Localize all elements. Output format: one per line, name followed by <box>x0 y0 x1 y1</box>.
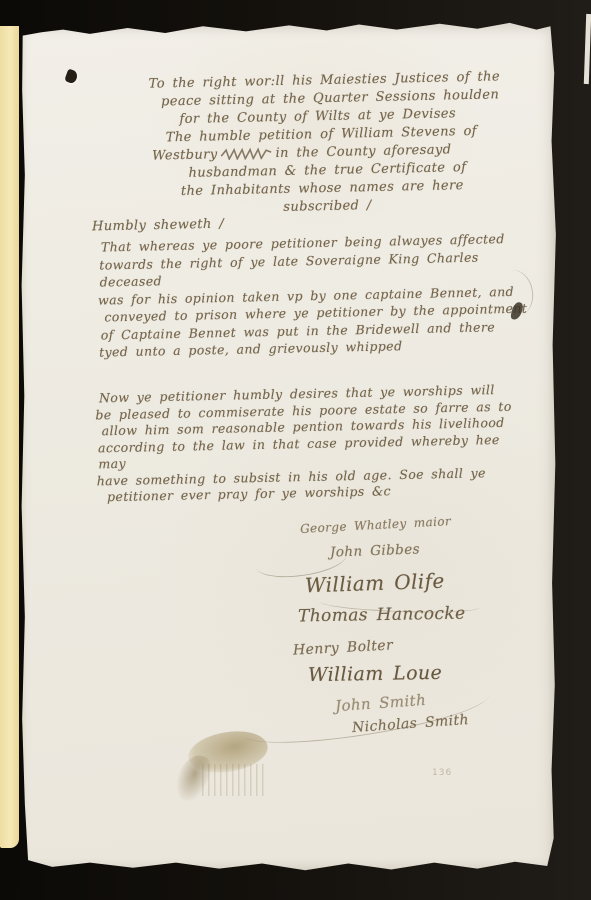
photo-background: To the right wor:ll his Maiesties Justic… <box>0 0 591 900</box>
heading-line-text: Westbury <box>152 147 218 163</box>
signature-flourish <box>238 675 491 755</box>
pencil-folio-number: 136 <box>432 768 452 778</box>
body-paragraph-2: Now ye petitioner humbly desires that ye… <box>95 382 517 506</box>
signature: Henry Bolter <box>293 637 394 658</box>
signature: William Olife <box>305 569 445 598</box>
petition-heading: To the right wor:ll his Maiesties Justic… <box>139 68 512 220</box>
body-paragraph-1: That whereas ye poore petitioner being a… <box>97 229 537 361</box>
struck-out-word <box>220 147 272 160</box>
heading-line: subscribed / <box>283 194 511 217</box>
signature: George Whatley maior <box>300 514 452 536</box>
signature: William Loue <box>308 662 443 686</box>
ink-stain-drips <box>202 764 264 796</box>
adjacent-page-edge <box>584 14 591 84</box>
flyleaf-edge <box>0 26 19 848</box>
heading-line-text: in the County aforesayd <box>275 142 451 161</box>
manuscript-page: To the right wor:ll his Maiesties Justic… <box>20 22 558 872</box>
paper-hole <box>64 69 79 85</box>
sheweth-line: Humbly sheweth / <box>92 217 224 235</box>
